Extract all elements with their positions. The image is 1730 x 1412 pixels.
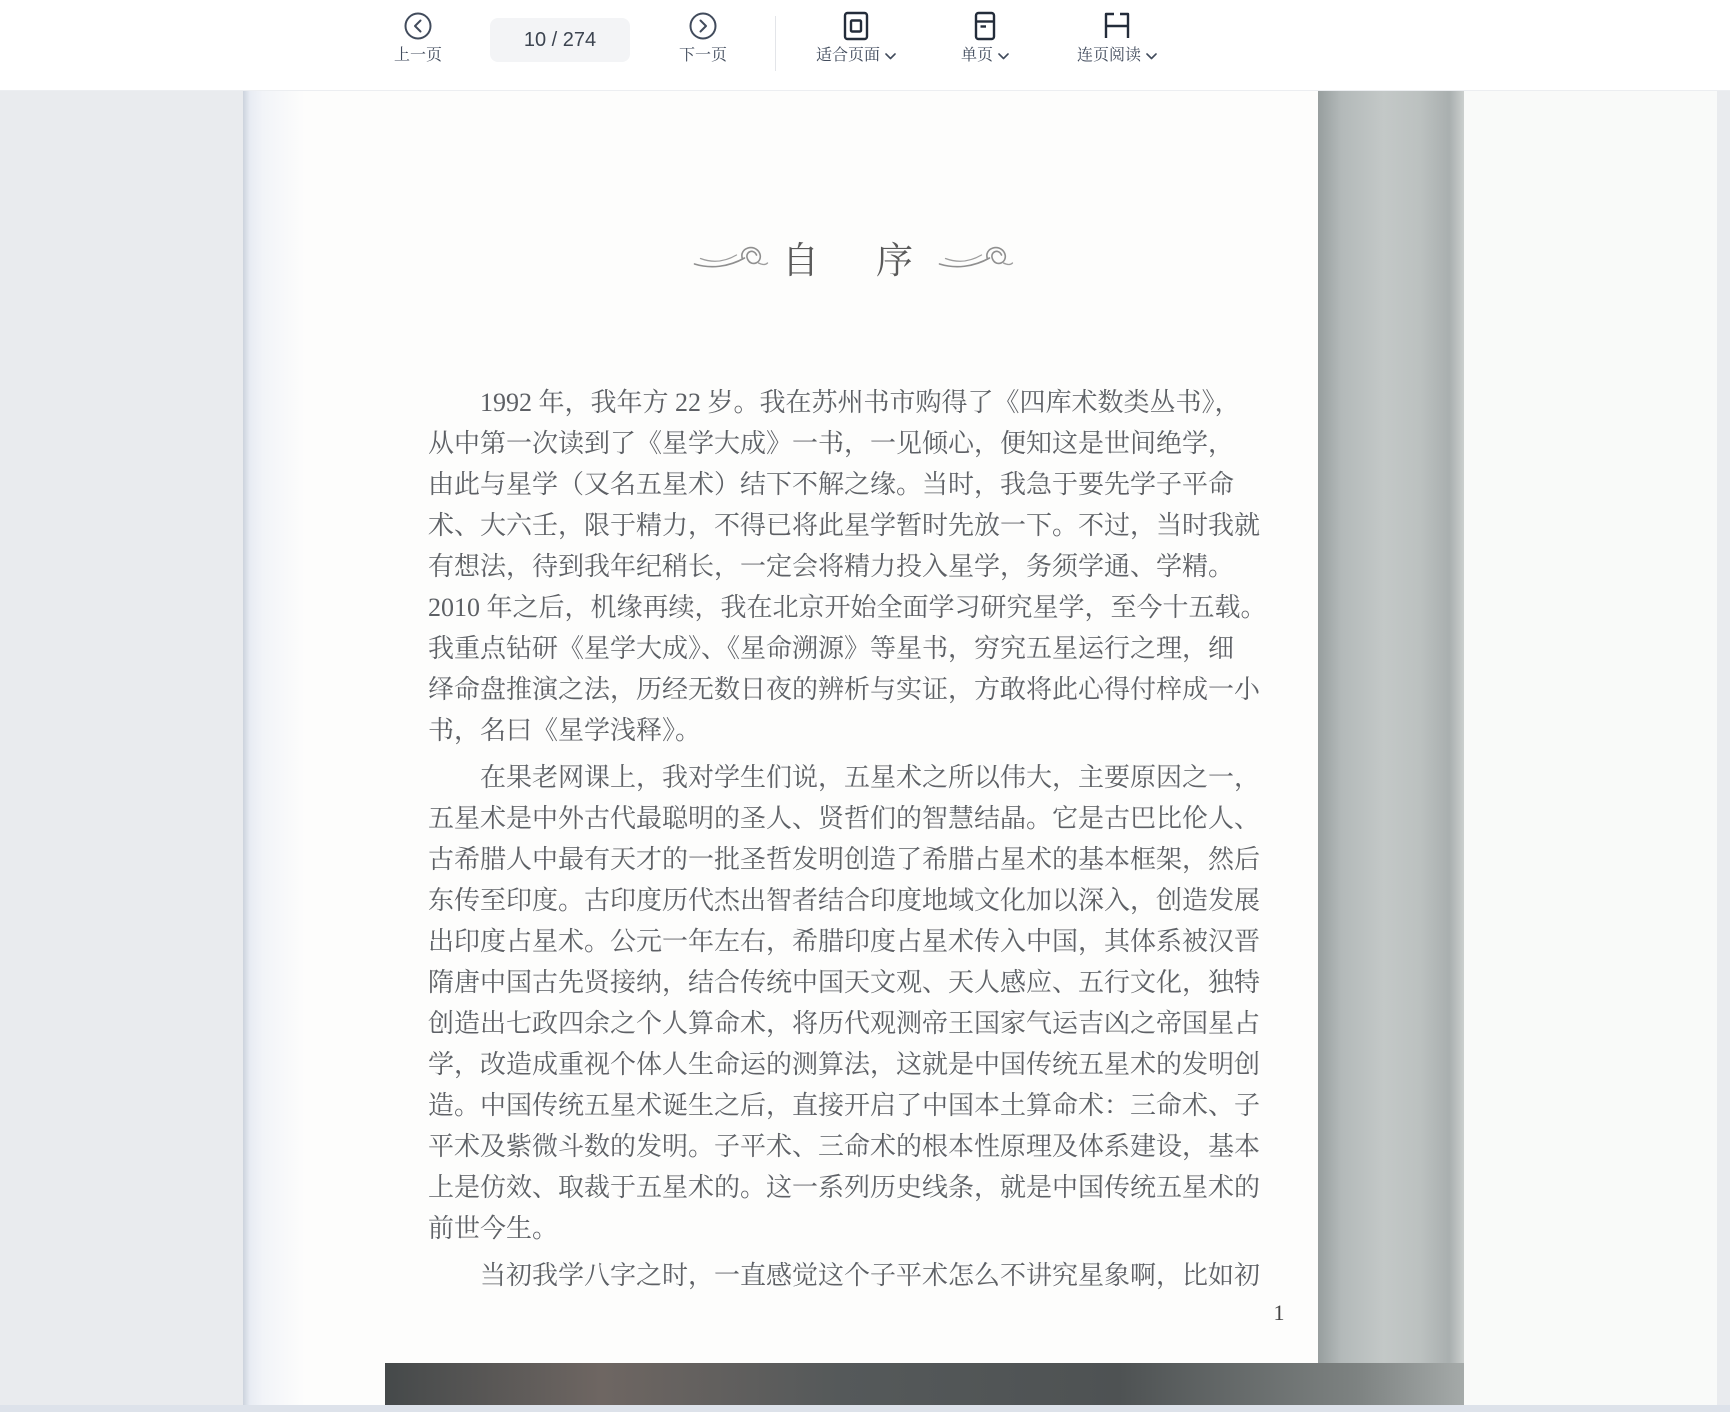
viewer-content[interactable]: 自 序 1992 年，我年方 22 岁。我在苏州书市购得了《四库术数类丛书》，从…: [0, 90, 1730, 1412]
printed-page-number: 1: [1259, 1300, 1299, 1326]
chevron-down-icon: [998, 53, 1009, 60]
circle-chevron-left-icon: [403, 11, 433, 41]
prev-page-button[interactable]: 上一页: [385, 10, 451, 66]
prev-page-label: 上一页: [385, 46, 451, 66]
text-line: 造。中国传统五星术诞生之后，直接开启了中国本土算命术：三命术、子: [428, 1085, 1142, 1126]
text-line: 隋唐中国古先贤接纳，结合传统中国天文观、天人感应、五行文化，独特: [428, 962, 1142, 1003]
chevron-down-icon: [885, 53, 896, 60]
text-line: 出印度占星术。公元一年左右，希腊印度占星术传入中国，其体系被汉晋: [428, 921, 1142, 962]
single-page-label: 单页: [961, 46, 993, 66]
scanned-page-image: 自 序 1992 年，我年方 22 岁。我在苏州书市购得了《四库术数类丛书》，从…: [243, 90, 1717, 1412]
cloud-flourish-right-icon: [937, 243, 1013, 271]
cloud-flourish-left-icon: [692, 243, 768, 271]
text-line: 2010 年之后，机缘再续，我在北京开始全面学习研究星学，至今十五载。: [428, 587, 1142, 628]
paragraph: 当初我学八字之时，一直感觉这个子平术怎么不讲究星象啊，比如初: [428, 1255, 1142, 1296]
text-line: 由此与星学（又名五星术）结下不解之缘。当时，我急于要先学子平命: [428, 464, 1142, 505]
text-line: 前世今生。: [428, 1208, 1142, 1249]
page-number-input[interactable]: 10 / 274: [490, 18, 630, 62]
next-page-button[interactable]: 下一页: [670, 10, 736, 66]
fit-page-button[interactable]: 适合页面: [796, 10, 916, 66]
scan-background: [1464, 90, 1717, 1412]
text-line: 在果老网课上，我对学生们说，五星术之所以伟大，主要原因之一，: [428, 757, 1142, 798]
text-line: 从中第一次读到了《星学大成》一书，一见倾心，便知这是世间绝学，: [428, 423, 1142, 464]
viewer-toolbar: 上一页 10 / 274 下一页 适合页面: [0, 0, 1730, 91]
continuous-reading-label: 连页阅读: [1077, 46, 1141, 66]
single-page-button[interactable]: 单页: [943, 10, 1027, 66]
continuous-reading-icon: [1101, 11, 1133, 41]
text-line: 古希腊人中最有天才的一批圣哲发明创造了希腊占星术的基本框架，然后: [428, 839, 1142, 880]
continuous-reading-button[interactable]: 连页阅读: [1052, 10, 1182, 66]
book-fore-edge: [1318, 90, 1464, 1412]
text-line: 1992 年，我年方 22 岁。我在苏州书市购得了《四库术数类丛书》，: [428, 382, 1142, 423]
toolbar-divider: [775, 16, 776, 71]
text-line: 我重点钻研《星学大成》、《星命溯源》等星书，穷究五星运行之理，细: [428, 628, 1142, 669]
horizontal-scroll-track[interactable]: [0, 1405, 1730, 1412]
text-line: 平术及紫微斗数的发明。子平术、三命术的根本性原理及体系建设，基本: [428, 1126, 1142, 1167]
paragraph: 在果老网课上，我对学生们说，五星术之所以伟大，主要原因之一，五星术是中外古代最聪…: [428, 757, 1142, 1249]
text-line: 东传至印度。古印度历代杰出智者结合印度地域文化加以深入，创造发展: [428, 880, 1142, 921]
body-text: 1992 年，我年方 22 岁。我在苏州书市购得了《四库术数类丛书》，从中第一次…: [428, 382, 1142, 1296]
text-line: 创造出七政四余之个人算命术，将历代观测帝王国家气运吉凶之帝国星占: [428, 1003, 1142, 1044]
chevron-down-icon: [1146, 53, 1157, 60]
text-line: 绎命盘推演之法，历经无数日夜的辨析与实证，方敢将此心得付梓成一小: [428, 669, 1142, 710]
page-title: 自 序: [782, 230, 923, 284]
page-title-row: 自 序: [692, 230, 1013, 284]
text-line: 书，名曰《星学浅释》。: [428, 710, 1142, 751]
fit-to-page-icon: [842, 11, 870, 41]
fit-page-label: 适合页面: [816, 46, 880, 66]
text-line: 术、大六壬，限于精力，不得已将此星学暂时先放一下。不过，当时我就: [428, 505, 1142, 546]
book-page: 自 序 1992 年，我年方 22 岁。我在苏州书市购得了《四库术数类丛书》，从…: [243, 90, 1318, 1412]
text-line: 有想法，待到我年纪稍长，一定会将精力投入星学，务须学通、学精。: [428, 546, 1142, 587]
paragraph: 1992 年，我年方 22 岁。我在苏州书市购得了《四库术数类丛书》，从中第一次…: [428, 382, 1142, 751]
single-page-icon: [972, 11, 998, 41]
text-line: 当初我学八字之时，一直感觉这个子平术怎么不讲究星象啊，比如初: [428, 1255, 1142, 1296]
circle-chevron-right-icon: [688, 11, 718, 41]
text-line: 上是仿效、取裁于五星术的。这一系列历史线条，就是中国传统五星术的: [428, 1167, 1142, 1208]
text-line: 五星术是中外古代最聪明的圣人、贤哲们的智慧结晶。它是古巴比伦人、: [428, 798, 1142, 839]
text-line: 学，改造成重视个体人生命运的测算法，这就是中国传统五星术的发明创: [428, 1044, 1142, 1085]
next-page-label: 下一页: [670, 46, 736, 66]
